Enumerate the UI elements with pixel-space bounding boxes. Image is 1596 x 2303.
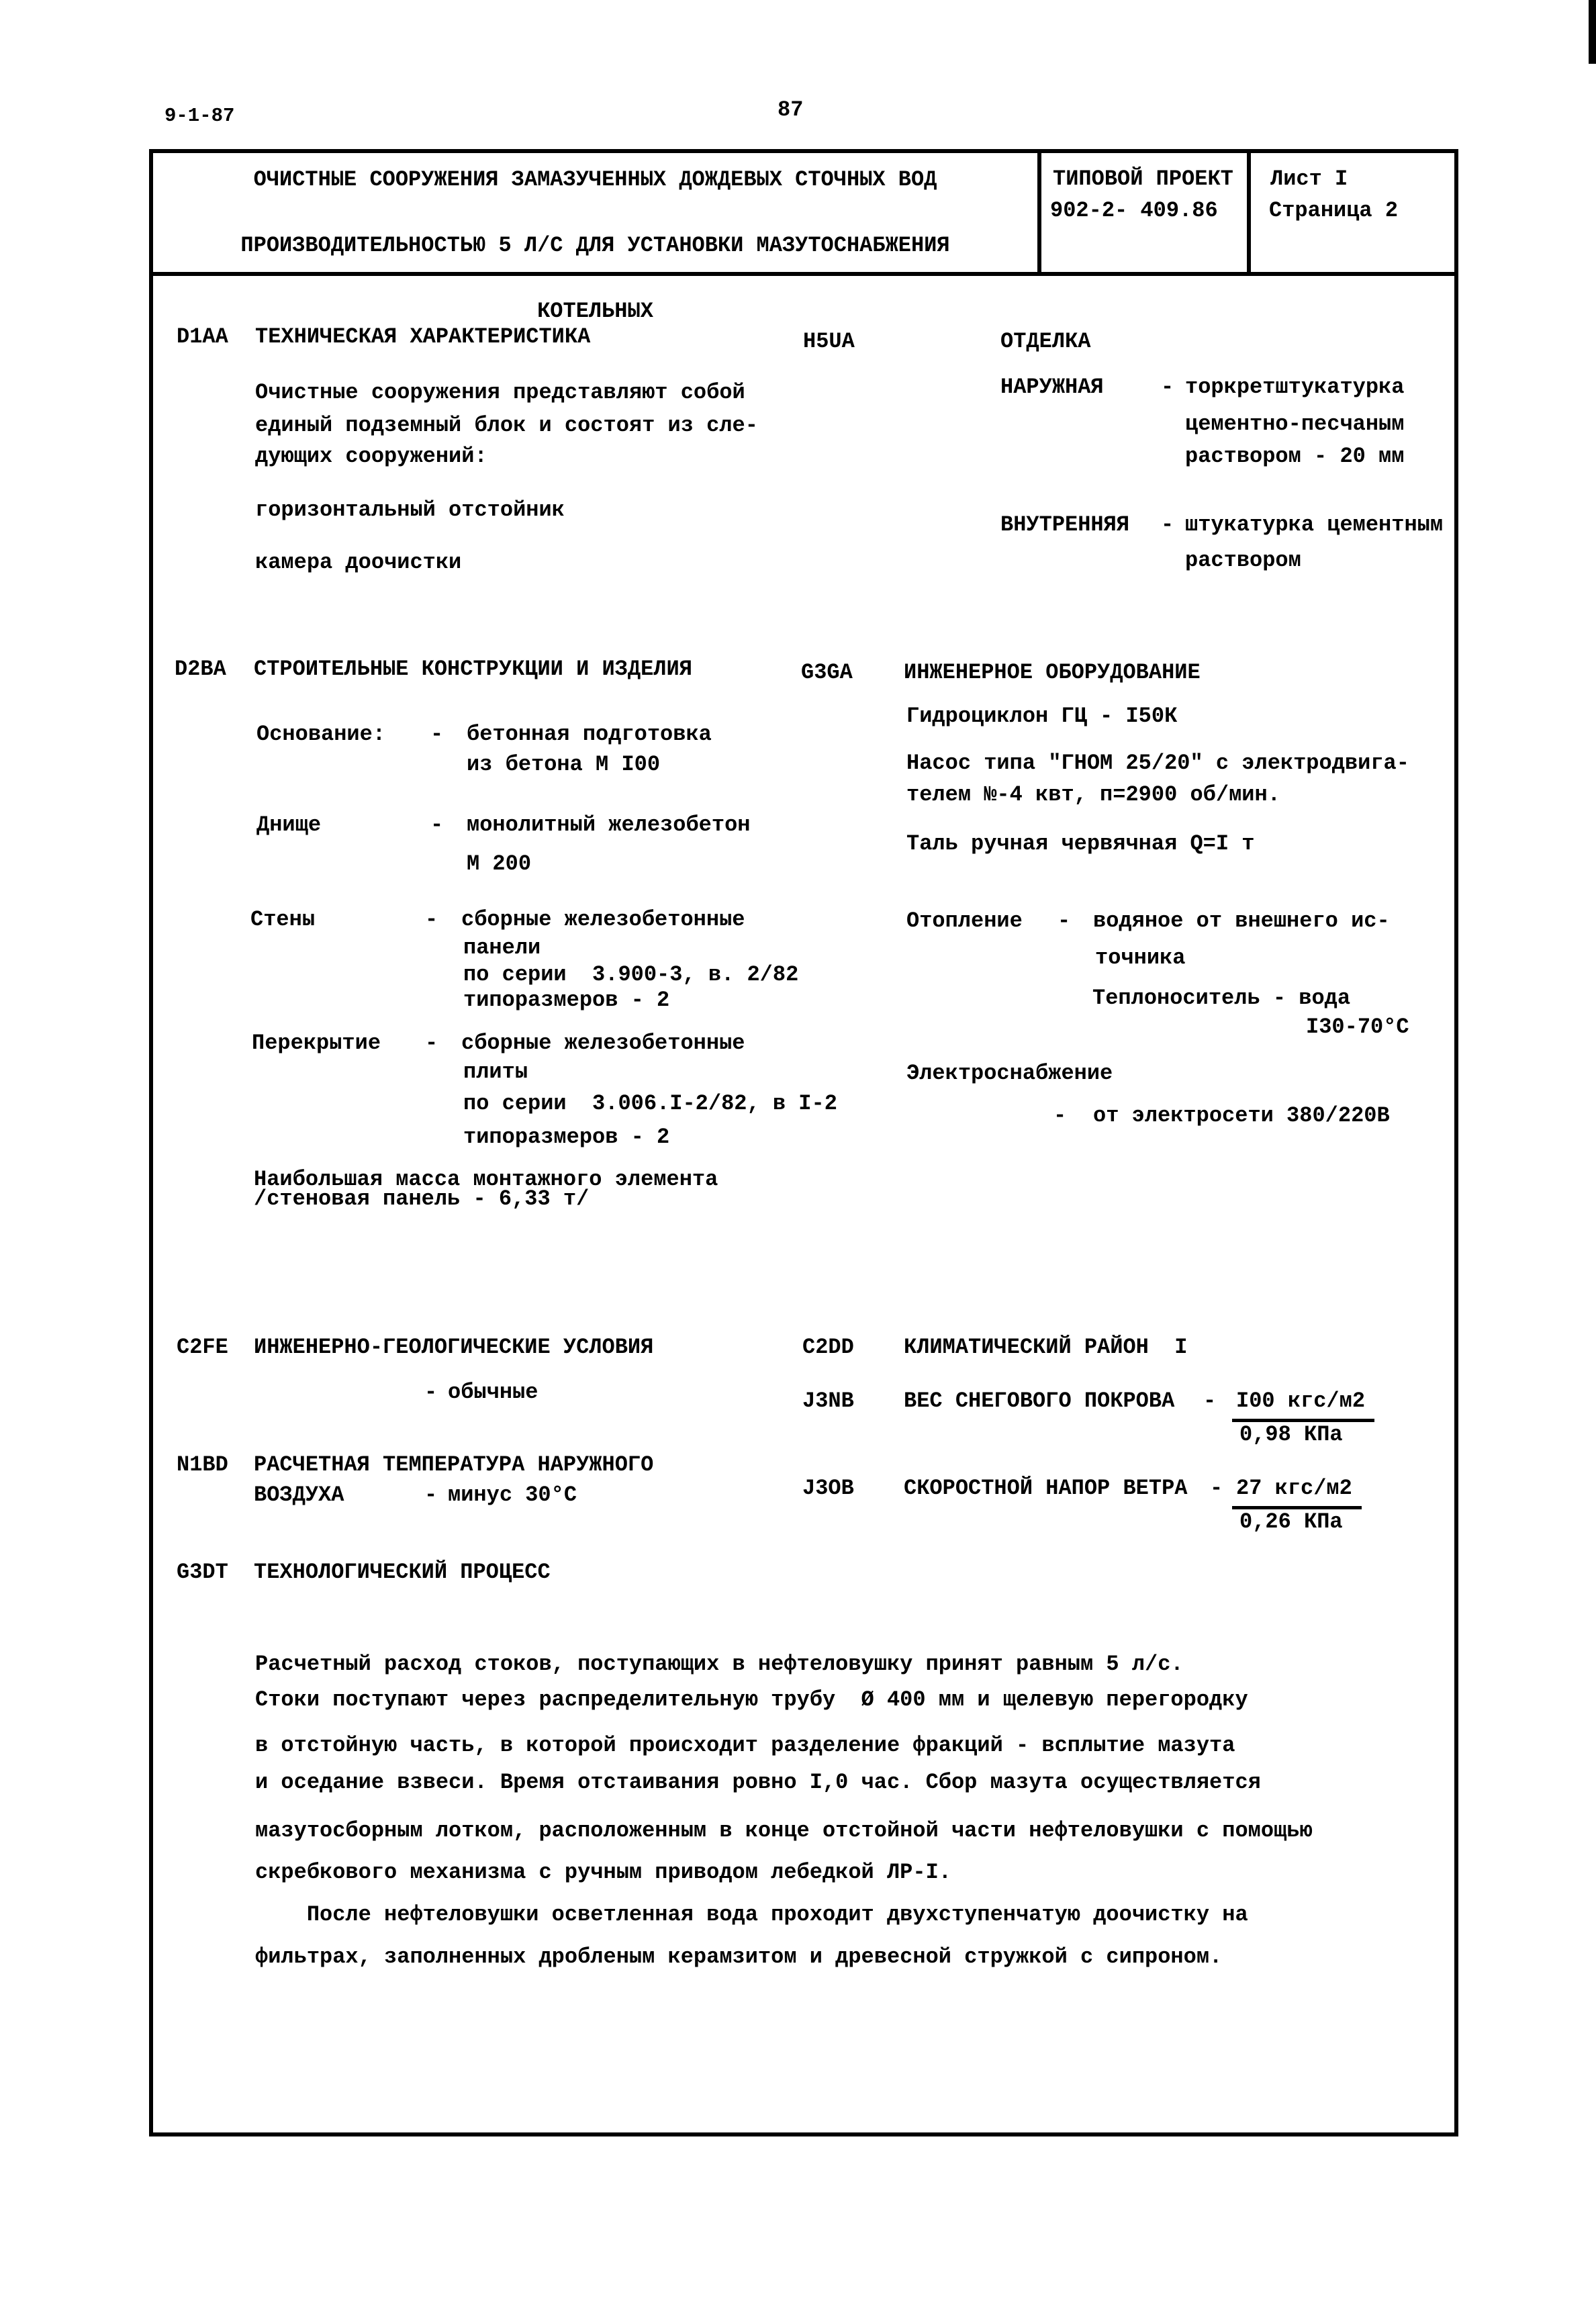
d2ba-perekrytie-line3: по серии 3.006.I-2/82, в I-2 — [463, 1092, 837, 1116]
process-line5: мазутосборным лотком, расположенным в ко… — [255, 1819, 1313, 1843]
g3ga-coolant-line2: I30-70°С — [1306, 1015, 1409, 1039]
d2ba-note-line2: /стеновая панель - 6,33 т/ — [254, 1187, 589, 1211]
dash: - — [425, 1031, 438, 1055]
d2ba-osnovanie-label: Основание: — [256, 722, 385, 747]
dash: - — [424, 1483, 437, 1507]
section-code-c2dd: C2DD — [802, 1335, 854, 1360]
header-cell-divider-1 — [1037, 149, 1041, 276]
section-code-d1aa: D1AA — [177, 325, 228, 349]
d2ba-perekrytie-line4: типоразмеров - 2 — [463, 1125, 669, 1149]
section-code-j3ob: J3OB — [802, 1476, 854, 1501]
process-line4: и оседание взвеси. Время отстаивания ров… — [255, 1771, 1261, 1795]
dash: - — [424, 1380, 437, 1405]
section-title-g3ga: ИНЖЕНЕРНОЕ ОБОРУДОВАНИЕ — [904, 661, 1201, 685]
doc-title-line2: ПРОИЗВОДИТЕЛЬНОСТЬЮ 5 Л/С ДЛЯ УСТАНОВКИ … — [240, 233, 949, 258]
dash: - — [1058, 909, 1070, 933]
dash: - — [425, 908, 438, 932]
c2fe-value: обычные — [448, 1380, 538, 1405]
section-title-n1bd-line1: РАСЧЕТНАЯ ТЕМПЕРАТУРА НАРУЖНОГО — [254, 1453, 653, 1477]
d2ba-dnishche-label: Днище — [256, 813, 321, 837]
j3ob-value-alt: 0,26 КПа — [1239, 1510, 1343, 1534]
section-code-c2fe: C2FE — [177, 1335, 228, 1360]
h5ua-outer-line1: торкретштукатурка — [1185, 375, 1404, 399]
d2ba-perekrytie-label: Перекрытие — [252, 1031, 381, 1055]
g3ga-power-value: от электросети 380/220В — [1093, 1104, 1390, 1128]
d2ba-osnovanie-line1: бетонная подготовка — [467, 722, 712, 747]
section-code-h5ua: H5UA — [803, 330, 855, 354]
g3ga-coolant-line1: Теплоноситель - вода — [1092, 986, 1350, 1010]
j3nb-value-text: I00 кгс/м2 — [1232, 1389, 1374, 1422]
section-code-n1bd: N1BD — [177, 1453, 228, 1477]
g3ga-eq-line4: Таль ручная червячная Q=I т — [906, 832, 1254, 856]
d2ba-perekrytie-line2: плиты — [463, 1060, 528, 1084]
dash: - — [1210, 1476, 1223, 1501]
d1aa-para-line2: единый подземный блок и состоят из сле- — [255, 414, 758, 438]
process-line7: После нефтеловушки осветленная вода прох… — [255, 1903, 1248, 1927]
j3nb-value: I00 кгс/м2 — [1232, 1389, 1374, 1422]
dash: - — [1161, 375, 1174, 399]
g3ga-power-label: Электроснабжение — [906, 1062, 1113, 1086]
g3ga-eq-line3: телем №-4 квт, п=2900 об/мин. — [906, 783, 1280, 807]
dash: - — [430, 813, 443, 837]
doc-title-line3: КОТЕЛЬНЫХ — [537, 299, 653, 324]
section-code-j3nb: J3NB — [802, 1389, 854, 1413]
j3ob-value: 27 кгс/м2 — [1232, 1476, 1362, 1509]
d2ba-steny-line4: типоразмеров - 2 — [463, 988, 669, 1013]
process-line3: в отстойную часть, в которой происходит … — [255, 1734, 1235, 1758]
section-code-d2ba: D2BA — [175, 657, 226, 681]
j3nb-value-alt: 0,98 КПа — [1239, 1423, 1343, 1447]
process-line8: фильтрах, заполненных дробленым керамзит… — [255, 1945, 1222, 1969]
d2ba-dnishche-line1: монолитный железобетон — [467, 813, 750, 837]
dash: - — [1053, 1104, 1066, 1128]
d2ba-steny-line3: по серии 3.900-3, в. 2/82 — [463, 963, 798, 987]
d1aa-para-line1: Очистные сооружения представляют собой — [255, 381, 745, 405]
section-title-j3ob: СКОРОСТНОЙ НАПОР ВЕТРА — [904, 1476, 1187, 1501]
dash: - — [430, 722, 443, 747]
section-title-j3nb: ВЕС СНЕГОВОГО ПОКРОВА — [904, 1389, 1174, 1413]
h5ua-outer-label: НАРУЖНАЯ — [1000, 375, 1104, 399]
corner-code: 9-1-87 — [165, 104, 234, 128]
g3ga-heating-label: Отопление — [906, 909, 1023, 933]
section-title-n1bd-line2: ВОЗДУХА — [254, 1483, 344, 1507]
section-title-d2ba: СТРОИТЕЛЬНЫЕ КОНСТРУКЦИИ И ИЗДЕЛИЯ — [254, 657, 692, 681]
page-number: 87 — [778, 98, 803, 122]
doc-title: ОЧИСТНЫЕ СООРУЖЕНИЯ ЗАМАЗУЧЕННЫХ ДОЖДЕВЫ… — [153, 163, 1037, 328]
d2ba-steny-line1: сборные железобетонные — [461, 908, 745, 932]
section-code-g3dt: G3DT — [177, 1560, 228, 1585]
process-line1: Расчетный расход стоков, поступающих в н… — [255, 1652, 1184, 1677]
d2ba-steny-line2: панели — [463, 936, 541, 960]
header-cell-divider-2 — [1247, 149, 1251, 276]
g3ga-eq-line1: Гидроциклон ГЦ - I50К — [906, 704, 1177, 728]
page-label: Страница 2 — [1269, 199, 1398, 223]
process-line2: Стоки поступают через распределительную … — [255, 1688, 1248, 1712]
process-line6: скребкового механизма с ручным приводом … — [255, 1861, 951, 1885]
dash: - — [1161, 513, 1174, 537]
j3ob-value-text: 27 кгс/м2 — [1232, 1476, 1362, 1509]
project-label: ТИПОВОЙ ПРОЕКТ — [1053, 167, 1233, 191]
section-title-d1aa: ТЕХНИЧЕСКАЯ ХАРАКТЕРИСТИКА — [255, 325, 590, 349]
section-code-g3ga: G3GA — [801, 661, 853, 685]
section-title-c2fe: ИНЖЕНЕРНО-ГЕОЛОГИЧЕСКИЕ УСЛОВИЯ — [254, 1335, 653, 1360]
d1aa-item2: камера доочистки — [255, 551, 461, 575]
d2ba-perekrytie-line1: сборные железобетонные — [461, 1031, 745, 1055]
g3ga-heating-line1: водяное от внешнего ис- — [1093, 909, 1390, 933]
h5ua-inner-label: ВНУТРЕННЯЯ — [1000, 513, 1129, 537]
scan-artifact-edge — [1589, 0, 1596, 64]
section-title-c2dd: КЛИМАТИЧЕСКИЙ РАЙОН I — [904, 1335, 1187, 1360]
h5ua-inner-line1: штукатурка цементным — [1185, 513, 1443, 537]
h5ua-outer-line2: цементно-песчаным — [1185, 412, 1404, 436]
project-number: 902-2- 409.86 — [1050, 199, 1218, 223]
doc-title-line1: ОЧИСТНЫЕ СООРУЖЕНИЯ ЗАМАЗУЧЕННЫХ ДОЖДЕВЫ… — [254, 167, 937, 192]
sheet-label: Лист I — [1270, 167, 1348, 191]
section-title-h5ua: ОТДЕЛКА — [1000, 330, 1090, 354]
g3ga-eq-line2: Насос типа "ГНОМ 25/20" с электродвига- — [906, 751, 1409, 775]
d1aa-item1: горизонтальный отстойник — [255, 498, 565, 522]
d1aa-para-line3: дующих сооружений: — [255, 444, 487, 469]
section-title-g3dt: ТЕХНОЛОГИЧЕСКИЙ ПРОЦЕСС — [254, 1560, 551, 1585]
h5ua-inner-line2: раствором — [1185, 549, 1301, 573]
h5ua-outer-line3: раствором - 20 мм — [1185, 444, 1404, 469]
n1bd-value: минус 30°С — [448, 1483, 577, 1507]
d2ba-osnovanie-line2: из бетона М I00 — [467, 753, 660, 777]
dash: - — [1203, 1389, 1216, 1413]
g3ga-heating-line2: точника — [1095, 946, 1185, 970]
d2ba-dnishche-line2: М 200 — [467, 852, 531, 876]
document-page: 9-1-87 87 ОЧИСТНЫЕ СООРУЖЕНИЯ ЗАМАЗУЧЕНН… — [0, 0, 1596, 2303]
d2ba-steny-label: Стены — [250, 908, 315, 932]
